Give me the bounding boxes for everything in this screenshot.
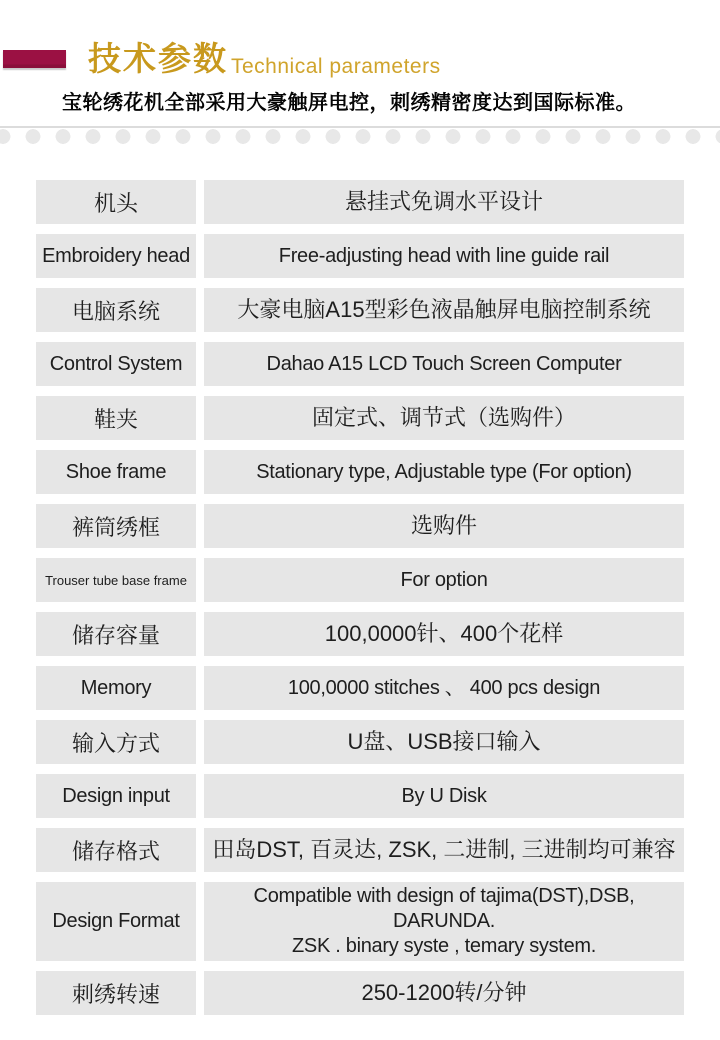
accent-bar xyxy=(3,50,66,68)
spec-value-cell: U盘、USB接口输入 xyxy=(204,720,684,764)
spec-label-cell: 裤筒绣框 xyxy=(36,504,196,548)
spec-value-cell: 田岛DST, 百灵达, ZSK, 二进制, 三进制均可兼容 xyxy=(204,828,684,872)
spec-value-cell: 固定式、调节式（选购件） xyxy=(204,396,684,440)
spec-value-cell: Dahao A15 LCD Touch Screen Computer xyxy=(204,342,684,386)
spec-value-cell: Compatible with design of tajima(DST),DS… xyxy=(204,882,684,961)
spec-sheet-page: 技术参数 Technical parameters 宝轮绣花机全部采用大豪触屏电… xyxy=(0,0,720,1040)
table-row: Trouser tube base frame For option xyxy=(36,558,684,602)
table-row: 裤筒绣框 选购件 xyxy=(36,504,684,548)
table-row: Memory 100,0000 stitches 、 400 pcs desig… xyxy=(36,666,684,710)
spec-label-cell: Trouser tube base frame xyxy=(36,558,196,602)
spec-table: 机头 悬挂式免调水平设计 Embroidery head Free-adjust… xyxy=(36,180,684,1025)
page-subtitle: 宝轮绣花机全部采用大豪触屏电控，刺绣精密度达到国际标准。 xyxy=(62,86,636,115)
table-row: Embroidery head Free-adjusting head with… xyxy=(36,234,684,278)
spec-label-cell: 电脑系统 xyxy=(36,288,196,332)
table-row: 电脑系统 大豪电脑A15型彩色液晶触屏电脑控制系统 xyxy=(36,288,684,332)
spec-label-cell: Design input xyxy=(36,774,196,818)
scallop-dots-decoration xyxy=(0,129,720,144)
spec-value-cell: 100,0000针、400个花样 xyxy=(204,612,684,656)
spec-label-cell: 输入方式 xyxy=(36,720,196,764)
spec-label-cell: Control System xyxy=(36,342,196,386)
table-row: 储存格式 田岛DST, 百灵达, ZSK, 二进制, 三进制均可兼容 xyxy=(36,828,684,872)
divider-line xyxy=(0,126,720,128)
spec-value-cell: 大豪电脑A15型彩色液晶触屏电脑控制系统 xyxy=(204,288,684,332)
spec-label-cell: 刺绣转速 xyxy=(36,971,196,1015)
table-row: 输入方式 U盘、USB接口输入 xyxy=(36,720,684,764)
table-row: Control System Dahao A15 LCD Touch Scree… xyxy=(36,342,684,386)
spec-value-cell: 250-1200转/分钟 xyxy=(204,971,684,1015)
spec-label-cell: Design Format xyxy=(36,882,196,961)
page-title: 技术参数 xyxy=(88,33,228,80)
page-title-en: Technical parameters xyxy=(231,55,441,79)
spec-value-cell: For option xyxy=(204,558,684,602)
spec-value-cell: By U Disk xyxy=(204,774,684,818)
spec-label-cell: Shoe frame xyxy=(36,450,196,494)
spec-label-cell: 鞋夹 xyxy=(36,396,196,440)
table-row: Shoe frame Stationary type, Adjustable t… xyxy=(36,450,684,494)
spec-value-cell: 悬挂式免调水平设计 xyxy=(204,180,684,224)
spec-value-cell: 100,0000 stitches 、 400 pcs design xyxy=(204,666,684,710)
spec-label-cell: 储存容量 xyxy=(36,612,196,656)
spec-label-cell: Memory xyxy=(36,666,196,710)
spec-value-cell: Stationary type, Adjustable type (For op… xyxy=(204,450,684,494)
spec-label-cell: 机头 xyxy=(36,180,196,224)
spec-value-cell: Free-adjusting head with line guide rail xyxy=(204,234,684,278)
spec-label-cell: Embroidery head xyxy=(36,234,196,278)
table-row: 机头 悬挂式免调水平设计 xyxy=(36,180,684,224)
table-row: 刺绣转速 250-1200转/分钟 xyxy=(36,971,684,1015)
table-row: 储存容量 100,0000针、400个花样 xyxy=(36,612,684,656)
table-row: Design Format Compatible with design of … xyxy=(36,882,684,961)
spec-label-cell: 储存格式 xyxy=(36,828,196,872)
spec-value-cell: 选购件 xyxy=(204,504,684,548)
table-row: 鞋夹 固定式、调节式（选购件） xyxy=(36,396,684,440)
table-row: Design input By U Disk xyxy=(36,774,684,818)
